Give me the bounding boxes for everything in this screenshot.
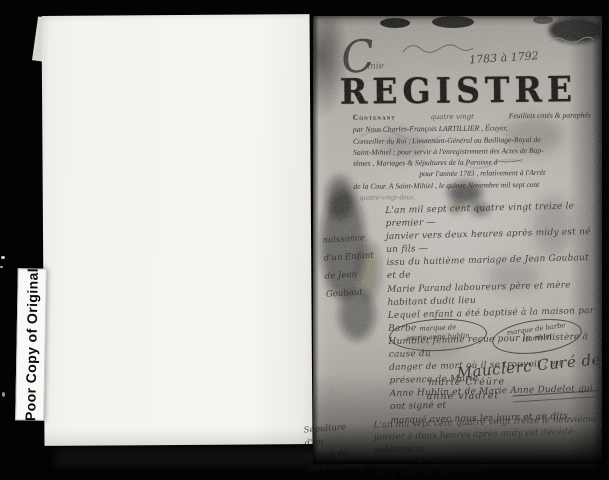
date-range-annotation: 1783 à 1792	[469, 49, 539, 66]
baptism-margin-note: naissance d'un Enfant de Jean Goubaut	[322, 228, 386, 304]
poor-copy-label: Poor Copy of Original	[15, 268, 47, 420]
register-page: C mie 1783 à 1792 REGISTRE Contenant qua…	[313, 16, 602, 464]
microfilm-frame: Poor Copy of Original C mie 1783 à 1792 …	[0, 0, 609, 480]
bottom-shadow-fade	[313, 374, 602, 464]
contenant-label: Contenant	[353, 111, 396, 123]
printed-line-text: Feuillets cotés & paraphés	[509, 109, 591, 121]
film-speck	[1, 256, 5, 259]
folio-count-handwritten: quatre vingt	[430, 112, 474, 124]
margin-note-line: Goubaut	[325, 282, 386, 304]
printed-heading: Contenant quatre vingt Feuillets cotés &…	[353, 109, 592, 203]
film-speck	[2, 392, 5, 397]
parish-name-scribble	[497, 156, 523, 164]
blank-facing-page	[42, 14, 313, 446]
poor-copy-label-text: Poor Copy of Original	[22, 268, 41, 421]
register-title: REGISTRE	[327, 68, 589, 112]
film-speck	[0, 266, 3, 268]
